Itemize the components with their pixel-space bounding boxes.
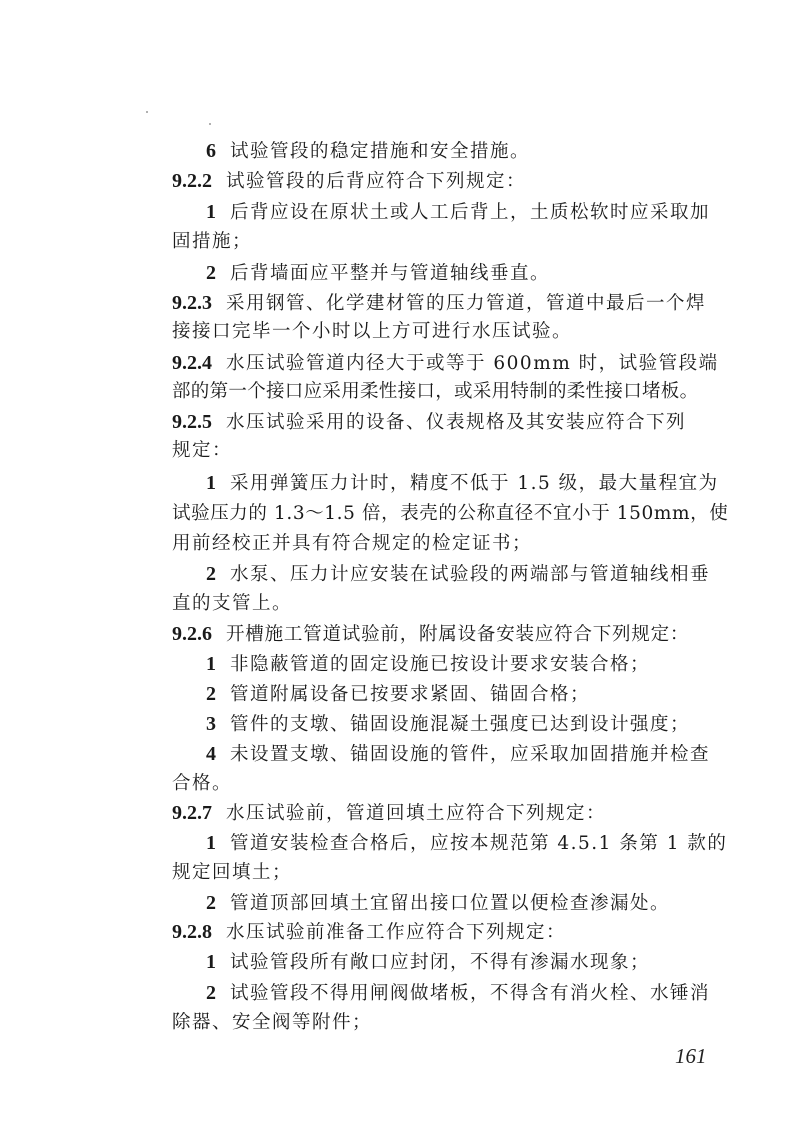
section-number: 9.2.2 — [172, 170, 212, 192]
section-line: 9.2.4水压试验管道内径大于或等于 600mm 时，试验管段端 — [172, 348, 719, 378]
continuation-line: 固措施； — [172, 227, 252, 257]
item-line: 6试验管段的稳定措施和安全措施。 — [172, 136, 530, 166]
item-text: 试验管段的稳定措施和安全措施。 — [230, 141, 530, 162]
section-line: 9.2.7水压试验前，管道回填土应符合下列规定： — [172, 798, 606, 828]
item-number: 2 — [206, 982, 216, 1004]
item-line: 3管件的支墩、锚固设施混凝土强度已达到设计强度； — [172, 709, 690, 739]
item-line: 1非隐蔽管道的固定设施已按设计要求安装合格； — [172, 649, 650, 679]
item-line: 2管道顶部回填土宜留出接口位置以便检查渗漏处。 — [172, 888, 670, 918]
section-line: 9.2.5水压试验采用的设备、仪表规格及其安装应符合下列 — [172, 407, 686, 437]
item-line: 2试验管段不得用闸阀做堵板，不得含有消火栓、水锤消 — [172, 978, 710, 1008]
item-number: 1 — [206, 201, 216, 223]
item-line: 2水泵、压力计应安装在试验段的两端部与管道轴线相垂 — [172, 559, 710, 589]
scan-speck — [146, 111, 148, 113]
section-text: 水压试验采用的设备、仪表规格及其安装应符合下列 — [226, 412, 686, 433]
item-text: 未设置支墩、锚固设施的管件，应采取加固措施并检查 — [230, 744, 710, 765]
section-text: 水压试验前准备工作应符合下列规定： — [226, 922, 566, 943]
item-number: 2 — [206, 262, 216, 284]
item-line: 1管道安装检查合格后，应按本规范第 4.5.1 条第 1 款的 — [172, 828, 727, 858]
item-text: 管道安装检查合格后，应按本规范第 4.5.1 条第 1 款的 — [230, 833, 727, 854]
item-number: 6 — [206, 140, 216, 162]
item-number: 2 — [206, 563, 216, 585]
continuation-line: 合格。 — [172, 769, 232, 799]
continuation-text: 除器、安全阀等附件； — [172, 1012, 372, 1033]
continuation-text: 试验压力的 1.3～1.5 倍，表壳的公称直径不宜小于 150mm，使 — [172, 503, 728, 524]
item-number: 1 — [206, 653, 216, 675]
continuation-line: 接接口完毕一个小时以上方可进行水压试验。 — [172, 317, 572, 347]
section-line: 9.2.2试验管段的后背应符合下列规定： — [172, 166, 526, 196]
continuation-line: 规定回填土； — [172, 858, 292, 888]
item-line: 4未设置支墩、锚固设施的管件，应采取加固措施并检查 — [172, 739, 710, 769]
section-line: 9.2.6开槽施工管道试验前，附属设备安装应符合下列规定： — [172, 619, 689, 649]
continuation-text: 直的支管上。 — [172, 593, 292, 614]
continuation-text: 接接口完毕一个小时以上方可进行水压试验。 — [172, 321, 572, 342]
item-line: 2后背墙面应平整并与管道轴线垂直。 — [172, 258, 550, 288]
section-text: 试验管段的后背应符合下列规定： — [226, 171, 526, 192]
item-line: 1后背应设在原状土或人工后背上，土质松软时应采取加 — [172, 197, 710, 227]
section-text: 水压试验管道内径大于或等于 600mm 时，试验管段端 — [226, 353, 719, 374]
item-number: 3 — [206, 713, 216, 735]
item-number: 2 — [206, 683, 216, 705]
continuation-text: 部的第一个接口应采用柔性接口，或采用特制的柔性接口堵板。 — [172, 381, 698, 402]
section-number: 9.2.4 — [172, 352, 212, 374]
item-text: 后背墙面应平整并与管道轴线垂直。 — [230, 263, 550, 284]
section-text: 水压试验前，管道回填土应符合下列规定： — [226, 803, 606, 824]
item-text: 试验管段不得用闸阀做堵板，不得含有消火栓、水锤消 — [230, 983, 710, 1004]
continuation-line: 除器、安全阀等附件； — [172, 1008, 372, 1038]
section-number: 9.2.8 — [172, 921, 212, 943]
item-number: 4 — [206, 743, 216, 765]
item-line: 1试验管段所有敞口应封闭，不得有渗漏水现象； — [172, 947, 650, 977]
continuation-text: 规定回填土； — [172, 862, 292, 883]
continuation-line: 试验压力的 1.3～1.5 倍，表壳的公称直径不宜小于 150mm，使 — [172, 499, 728, 529]
section-number: 9.2.5 — [172, 411, 212, 433]
continuation-line: 规定： — [172, 436, 232, 466]
item-line: 2管道附属设备已按要求紧固、锚固合格； — [172, 679, 590, 709]
item-text: 非隐蔽管道的固定设施已按设计要求安装合格； — [230, 654, 650, 675]
scan-speck — [209, 123, 211, 125]
continuation-line: 直的支管上。 — [172, 589, 292, 619]
continuation-line: 用前经校正并具有符合规定的检定证书； — [172, 529, 532, 559]
section-number: 9.2.7 — [172, 802, 212, 824]
section-number: 9.2.3 — [172, 292, 212, 314]
item-text: 管件的支墩、锚固设施混凝土强度已达到设计强度； — [230, 714, 690, 735]
continuation-text: 合格。 — [172, 773, 232, 794]
item-number: 1 — [206, 951, 216, 973]
continuation-text: 用前经校正并具有符合规定的检定证书； — [172, 533, 532, 554]
item-number: 1 — [206, 472, 216, 494]
item-text: 水泵、压力计应安装在试验段的两端部与管道轴线相垂 — [230, 564, 710, 585]
item-number: 1 — [206, 832, 216, 854]
item-text: 试验管段所有敞口应封闭，不得有渗漏水现象； — [230, 952, 650, 973]
item-text: 采用弹簧压力计时，精度不低于 1.5 级，最大量程宜为 — [230, 473, 719, 494]
item-text: 后背应设在原状土或人工后背上，土质松软时应采取加 — [230, 202, 710, 223]
section-line: 9.2.3采用钢管、化学建材管的压力管道，管道中最后一个焊 — [172, 288, 706, 318]
continuation-text: 规定： — [172, 440, 232, 461]
section-text: 采用钢管、化学建材管的压力管道，管道中最后一个焊 — [226, 293, 706, 314]
continuation-text: 固措施； — [172, 231, 252, 252]
item-text: 管道顶部回填土宜留出接口位置以便检查渗漏处。 — [230, 893, 670, 914]
page-number: 161 — [675, 1044, 707, 1069]
section-number: 9.2.6 — [172, 623, 212, 645]
item-text: 管道附属设备已按要求紧固、锚固合格； — [230, 684, 590, 705]
item-line: 1采用弹簧压力计时，精度不低于 1.5 级，最大量程宜为 — [172, 468, 719, 498]
section-text: 开槽施工管道试验前，附属设备安装应符合下列规定： — [226, 624, 689, 645]
item-number: 2 — [206, 892, 216, 914]
section-line: 9.2.8水压试验前准备工作应符合下列规定： — [172, 917, 566, 947]
continuation-line: 部的第一个接口应采用柔性接口，或采用特制的柔性接口堵板。 — [172, 377, 698, 407]
